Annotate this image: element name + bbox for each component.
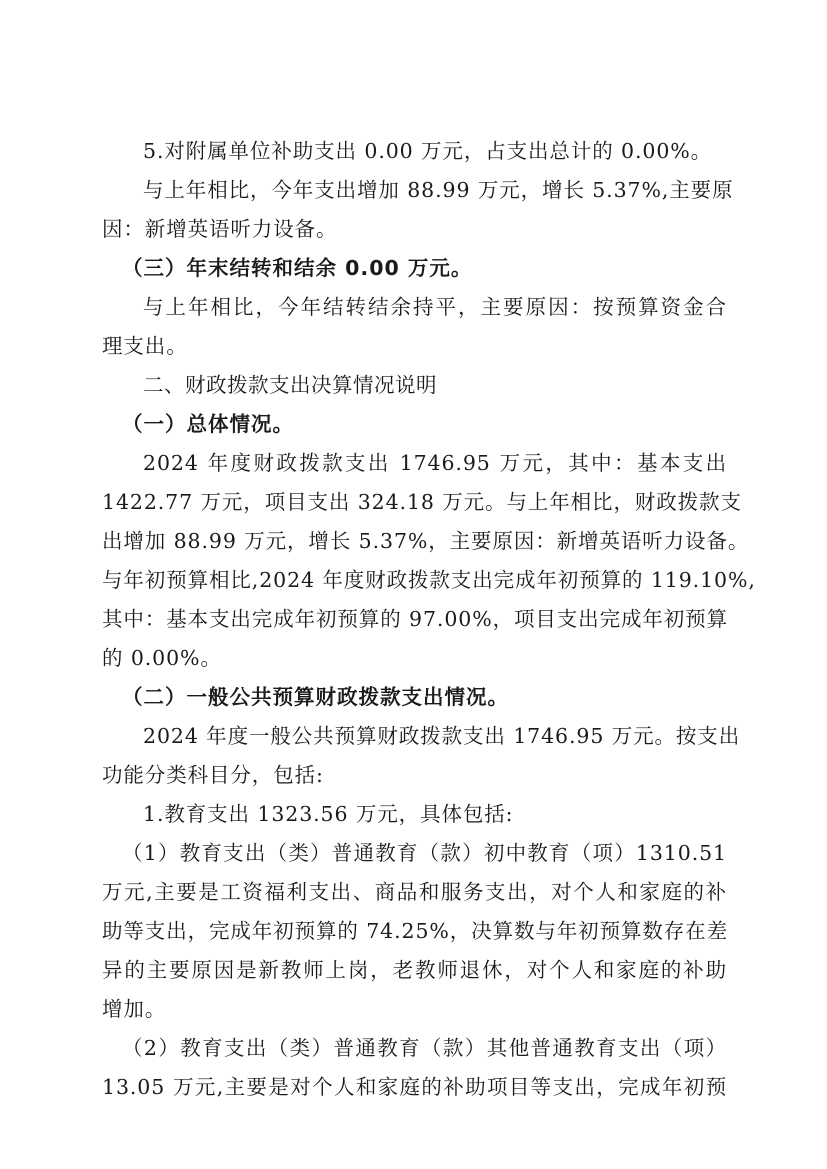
document-page: 5.对附属单位补助支出 0.00 万元，占支出总计的 0.00%。与上年相比，今…: [0, 0, 827, 1169]
text-line: 因：新增英语听力设备。: [102, 210, 727, 249]
text-line: 助等支出，完成年初预算的 74.25%，决算数与年初预算数存在差: [102, 912, 727, 951]
text-line: 与年初预算相比,2024 年度财政拨款支出完成年初预算的 119.10%,: [102, 561, 727, 600]
text-line: 1422.77 万元，项目支出 324.18 万元。与上年相比，财政拨款支: [102, 483, 727, 522]
text-line: （2）教育支出（类）普通教育（款）其他普通教育支出（项）: [102, 1029, 727, 1068]
text-line: （三）年末结转和结余 0.00 万元。: [102, 249, 727, 288]
text-line: 异的主要原因是新教师上岗，老教师退休，对个人和家庭的补助: [102, 951, 727, 990]
text-line: 与上年相比，今年支出增加 88.99 万元，增长 5.37%,主要原: [102, 171, 727, 210]
text-line: （一）总体情况。: [102, 405, 727, 444]
text-line: 出增加 88.99 万元，增长 5.37%，主要原因：新增英语听力设备。: [102, 522, 727, 561]
text-line: 理支出。: [102, 327, 727, 366]
text-line: 2024 年度一般公共预算财政拨款支出 1746.95 万元。按支出: [102, 717, 727, 756]
page-number: 3: [0, 1086, 827, 1098]
text-line: 万元,主要是工资福利支出、商品和服务支出，对个人和家庭的补: [102, 873, 727, 912]
text-line: 5.对附属单位补助支出 0.00 万元，占支出总计的 0.00%。: [102, 132, 727, 171]
text-line: 1.教育支出 1323.56 万元，具体包括:: [102, 795, 727, 834]
text-line: 功能分类科目分，包括:: [102, 756, 727, 795]
text-line: （1）教育支出（类）普通教育（款）初中教育（项）1310.51: [102, 834, 727, 873]
text-line: 二、财政拨款支出决算情况说明: [102, 366, 727, 405]
text-line: 与上年相比，今年结转结余持平，主要原因：按预算资金合: [102, 288, 727, 327]
text-line: 其中：基本支出完成年初预算的 97.00%，项目支出完成年初预算: [102, 600, 727, 639]
text-line: （二）一般公共预算财政拨款支出情况。: [102, 678, 727, 717]
text-line: 的 0.00%。: [102, 639, 727, 678]
text-line: 增加。: [102, 990, 727, 1029]
document-body: 5.对附属单位补助支出 0.00 万元，占支出总计的 0.00%。与上年相比，今…: [102, 132, 727, 1107]
text-line: 2024 年度财政拨款支出 1746.95 万元，其中：基本支出: [102, 444, 727, 483]
